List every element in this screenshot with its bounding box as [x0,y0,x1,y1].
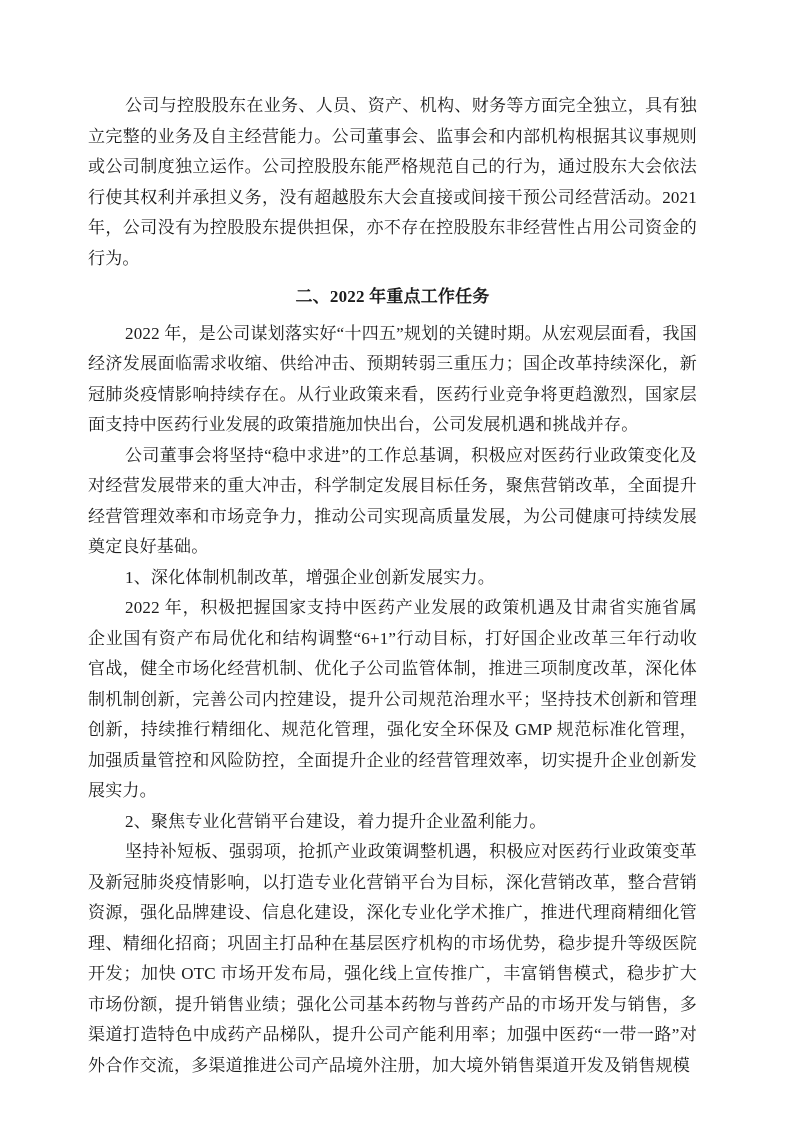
para-board-strategy: 公司董事会将坚持“稳中求进”的工作总基调，积极应对医药行业政策变化及对经营发展带… [88,441,697,563]
section-heading-2022-key-tasks: 二、2022 年重点工作任务 [88,282,697,313]
para-marketing-platform-detail: 坚持补短板、强弱项，抢抓产业政策调整机遇，积极应对医药行业政策变革及新冠肺炎疫情… [88,837,697,1081]
subitem-2-title-marketing-platform: 2、聚焦专业化营销平台建设，着力提升企业盈利能力。 [88,807,697,838]
para-2022-macro-outlook: 2022 年，是公司谋划落实好“十四五”规划的关键时期。从宏观层面看，我国经济发… [88,319,697,441]
para-shareholder-independence: 公司与控股股东在业务、人员、资产、机构、财务等方面完全独立，具有独立完整的业务及… [88,91,697,274]
para-reform-measures-detail: 2022 年，积极把握国家支持中医药产业发展的政策机遇及甘肃省实施省属企业国有资… [88,593,697,807]
subitem-1-title-deepen-reform: 1、深化体制机制改革，增强企业创新发展实力。 [88,563,697,594]
document-page: 公司与控股股东在业务、人员、资产、机构、财务等方面完全独立，具有独立完整的业务及… [0,0,793,1122]
